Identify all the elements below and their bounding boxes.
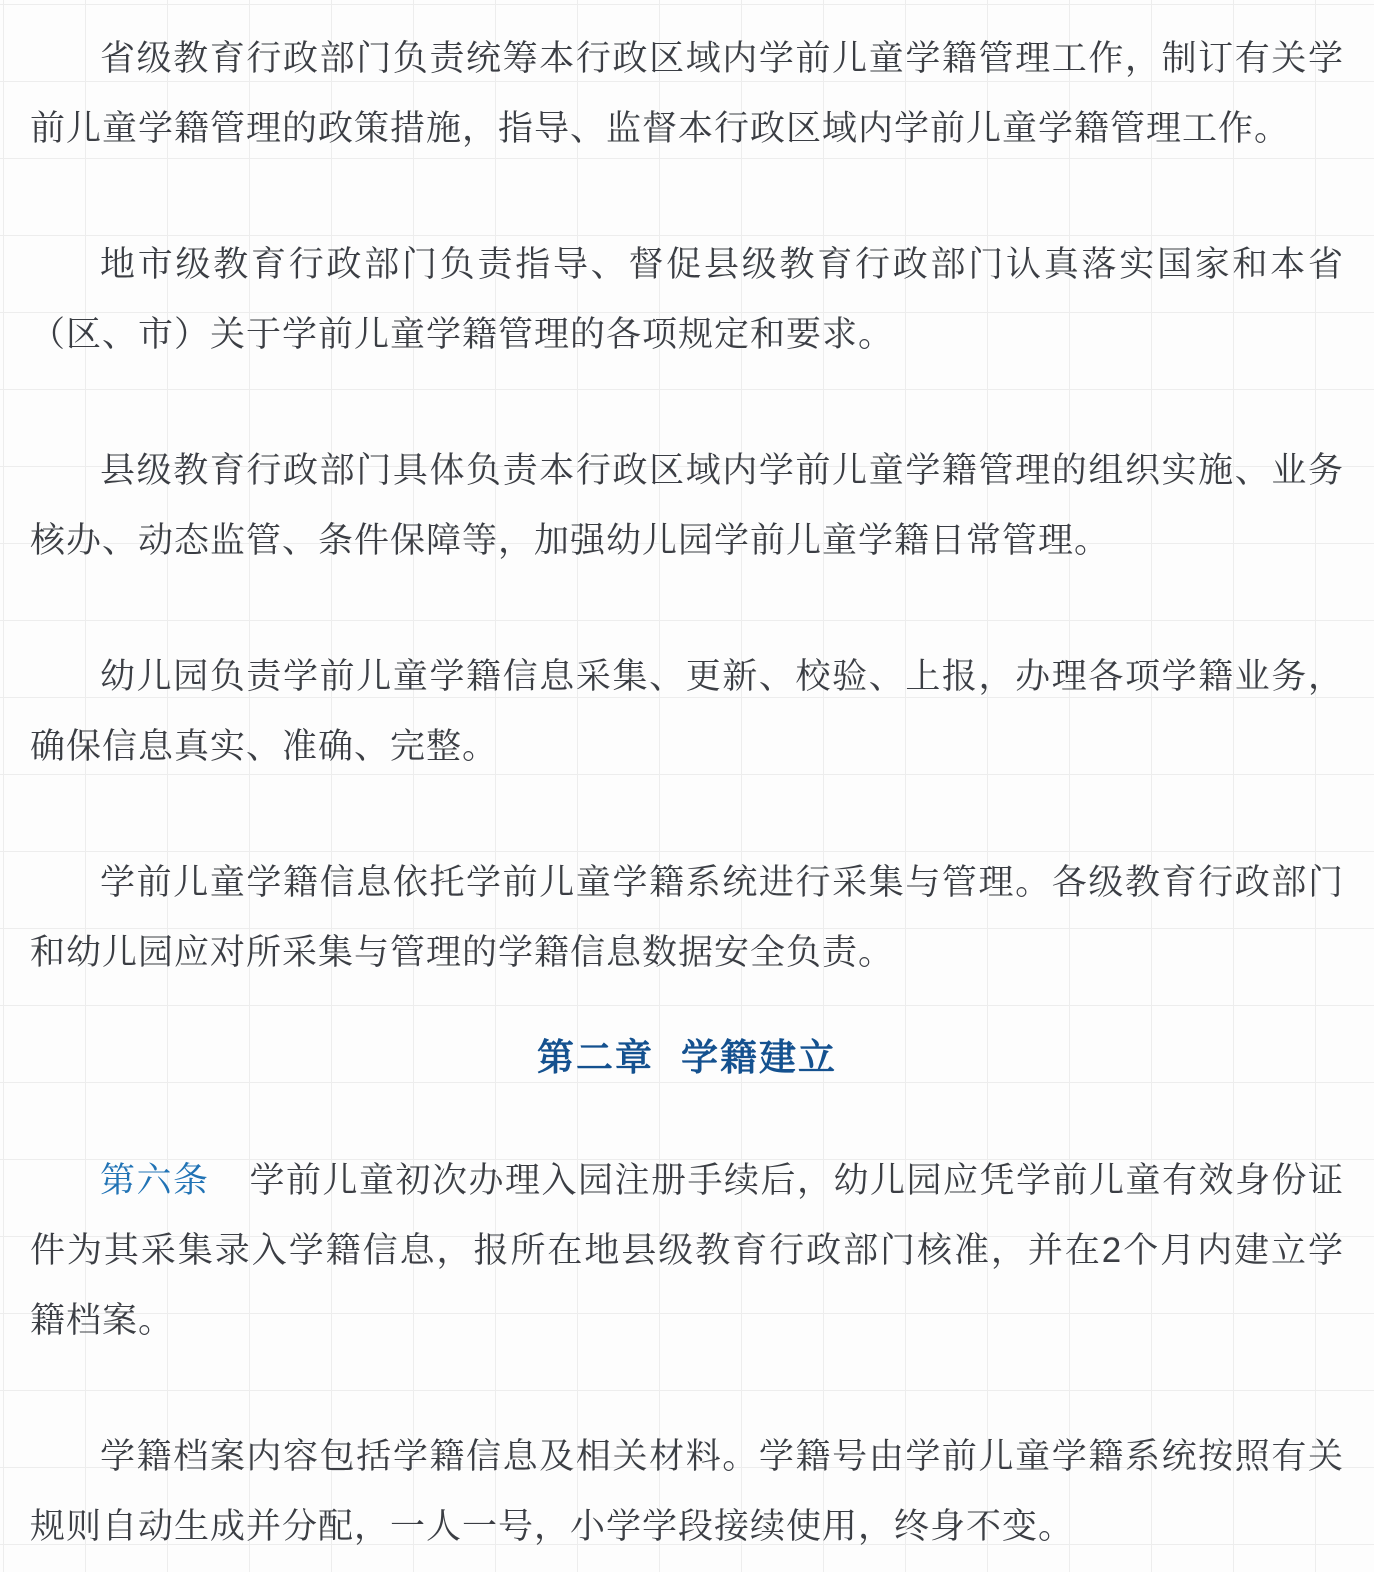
chapter-number: 第二章 xyxy=(537,1037,654,1078)
chapter-title: 学籍建立 xyxy=(681,1037,837,1078)
paragraph: 省级教育行政部门负责统筹本行政区域内学前儿童学籍管理工作，制订有关学前儿童学籍管… xyxy=(30,24,1344,164)
article-number: 第六条 xyxy=(100,1161,210,1200)
paragraph: 幼儿园负责学前儿童学籍信息采集、更新、校验、上报，办理各项学籍业务，确保信息真实… xyxy=(30,642,1344,782)
document-content: 省级教育行政部门负责统筹本行政区域内学前儿童学籍管理工作，制订有关学前儿童学籍管… xyxy=(0,0,1374,1562)
document-page: 省级教育行政部门负责统筹本行政区域内学前儿童学籍管理工作，制订有关学前儿童学籍管… xyxy=(0,0,1374,1572)
article-text: 学前儿童初次办理入园注册手续后，幼儿园应凭学前儿童有效身份证件为其采集录入学籍信… xyxy=(30,1161,1344,1340)
article-paragraph: 第六条学前儿童初次办理入园注册手续后，幼儿园应凭学前儿童有效身份证件为其采集录入… xyxy=(30,1146,1344,1356)
paragraph: 地市级教育行政部门负责指导、督促县级教育行政部门认真落实国家和本省（区、市）关于… xyxy=(30,230,1344,370)
chapter-heading: 第二章学籍建立 xyxy=(30,1023,1344,1093)
paragraph: 学籍档案内容包括学籍信息及相关材料。学籍号由学前儿童学籍系统按照有关规则自动生成… xyxy=(30,1422,1344,1562)
paragraph: 学前儿童学籍信息依托学前儿童学籍系统进行采集与管理。各级教育行政部门和幼儿园应对… xyxy=(30,848,1344,988)
paragraph: 县级教育行政部门具体负责本行政区域内学前儿童学籍管理的组织实施、业务核办、动态监… xyxy=(30,436,1344,576)
